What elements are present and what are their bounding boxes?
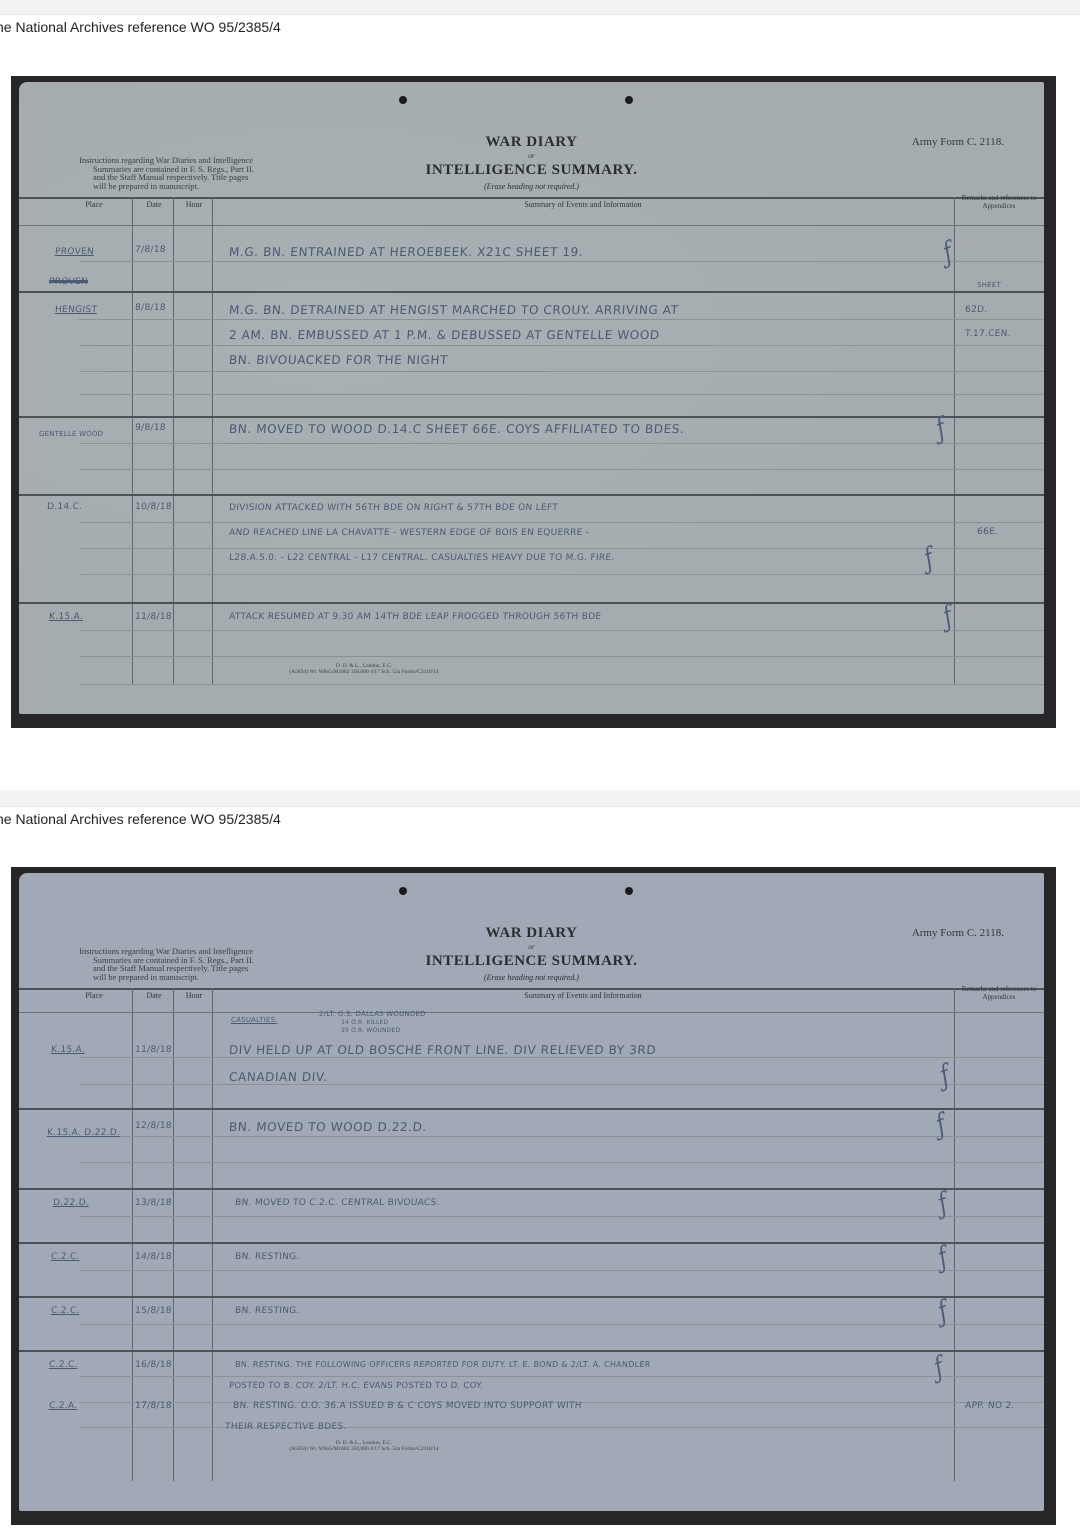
punch-hole xyxy=(399,887,407,895)
viewer-top-bar xyxy=(0,0,1080,15)
entry-text: Bn. Moved To Wood D.14.C Sheet 66E. Coys… xyxy=(229,422,685,436)
entry-place: C.2.a. xyxy=(49,1401,78,1411)
column-header-place: Place xyxy=(69,201,119,209)
entry-text: And Reached Line La Chavatte - Western E… xyxy=(229,528,590,538)
entry-date: 15/8/18 xyxy=(135,1306,172,1316)
column-header-hour: Hour xyxy=(177,992,211,1000)
form-subtitle: INTELLIGENCE SUMMARY. xyxy=(19,953,1044,970)
entry-text: Bn. Bivouacked For The Night xyxy=(229,353,449,367)
army-form-number: Army Form C. 2118. xyxy=(912,136,1004,148)
punch-hole xyxy=(625,887,633,895)
printer-imprint: D. D. & L., London, E.C. (A5834) Wt. W8o… xyxy=(244,1440,484,1452)
form-note: (Erase heading not required.) xyxy=(19,182,1044,191)
entry-text: L28.a.5.0. - L22 Central - L17 Central. … xyxy=(229,553,615,563)
entry-date: 7/8/18 xyxy=(135,245,166,255)
entry-text: M.G. Bn. Entrained At Heroebeek. X21c Sh… xyxy=(229,245,584,259)
form-subtitle: INTELLIGENCE SUMMARY. xyxy=(19,162,1044,179)
entry-remark: T.17.Cen. xyxy=(965,329,1012,339)
entry-date: 11/8/18 xyxy=(135,1045,172,1055)
casualties-label: Casualties. xyxy=(231,1016,278,1024)
entry-text: Their Respective Bdes. xyxy=(225,1422,347,1432)
officer-initials: ƒ xyxy=(936,1060,954,1093)
form-title: WAR DIARY xyxy=(19,134,1044,151)
entry-text: Bn. Resting. O.O. 36.A Issued B & C Coys… xyxy=(233,1401,582,1411)
casualty-line: 35 O.R. Wounded xyxy=(341,1027,401,1034)
officer-initials: ƒ xyxy=(930,1352,948,1385)
entry-place: K.15.a. D.22.d. xyxy=(46,1120,128,1146)
entry-date: 14/8/18 xyxy=(135,1252,172,1262)
form-note: (Erase heading not required.) xyxy=(19,973,1044,982)
war-diary-form: Instructions regarding War Diaries and I… xyxy=(19,873,1044,1511)
entry-remark: 66E. xyxy=(977,527,999,537)
officer-initials: ƒ xyxy=(932,1109,950,1142)
entry-date: 12/8/18 xyxy=(135,1121,172,1131)
diary-table: Place Date Hour Summary of Events and In… xyxy=(19,197,1044,714)
entry-text: M.G. Bn. Detrained At Hengist Marched To… xyxy=(229,303,680,317)
entry-place: C.2.c. xyxy=(49,1360,78,1370)
column-header-date: Date xyxy=(137,992,171,1000)
scanned-page-2: Instructions regarding War Diaries and I… xyxy=(11,867,1056,1525)
archive-reference: he National Archives reference WO 95/238… xyxy=(0,19,281,35)
entry-text: Bn. Moved To C.2.c. Central Bivouacs. xyxy=(235,1198,440,1208)
entry-date: 9/8/18 xyxy=(135,423,166,433)
entry-place: Hengist xyxy=(55,305,98,315)
entry-text: Posted To B. Coy. 2/Lt. H.C. Evans Poste… xyxy=(229,1381,484,1391)
entry-text: Division Attacked With 56th Bde On Right… xyxy=(229,503,559,513)
punch-hole xyxy=(625,96,633,104)
entry-text: Bn. Resting. The Following Officers Repo… xyxy=(235,1360,651,1369)
form-title: WAR DIARY xyxy=(19,925,1044,942)
column-header-date: Date xyxy=(137,201,171,209)
entry-date: 10/8/18 xyxy=(135,502,172,512)
viewer-page-separator xyxy=(0,790,1080,807)
entry-place: D.22.d. xyxy=(53,1198,90,1208)
entry-place: Gentelle Wood xyxy=(38,423,120,445)
entry-place: C.2.c. xyxy=(51,1306,80,1316)
entry-place: D.14.C. xyxy=(47,502,83,512)
entry-date: 11/8/18 xyxy=(135,612,172,622)
entry-date: 17/8/18 xyxy=(135,1401,172,1411)
entry-text: Bn. Moved To Wood D.22.d. xyxy=(229,1120,428,1134)
entry-remark: Sheet xyxy=(977,281,1001,289)
column-header-place: Place xyxy=(69,992,119,1000)
form-title-or: or xyxy=(19,943,1044,951)
entry-text: Bn. Resting. xyxy=(235,1306,300,1316)
casualty-line: 14 O.R. Killed xyxy=(341,1019,389,1026)
entry-remark: App. No 2. xyxy=(965,1401,1015,1411)
form-title-or: or xyxy=(19,152,1044,160)
diary-table: Place Date Hour Summary of Events and In… xyxy=(19,988,1044,1511)
column-header-summary: Summary of Events and Information xyxy=(212,992,954,1000)
column-header-hour: Hour xyxy=(177,201,211,209)
entry-text: Canadian Div. xyxy=(229,1070,329,1084)
punch-hole xyxy=(399,96,407,104)
entry-text: Attack Resumed At 9.30 AM 14th Bde Leap … xyxy=(229,612,602,622)
printer-imprint: D. D. & L., London, E.C. (A5834) Wt. W8o… xyxy=(244,663,484,675)
entry-place: Proven xyxy=(55,247,95,257)
scanned-page-1: Instructions regarding War Diaries and I… xyxy=(11,76,1056,728)
entry-date: 13/8/18 xyxy=(135,1198,172,1208)
column-header-remarks: Remarks and references to Appendices xyxy=(959,986,1039,1001)
entry-place: K.15.a. xyxy=(51,1045,86,1055)
column-header-remarks: Remarks and references to Appendices xyxy=(959,195,1039,210)
entry-text: Bn. Resting. xyxy=(235,1252,300,1262)
entry-place-struck: Proven xyxy=(49,277,89,287)
entry-date: 16/8/18 xyxy=(135,1360,172,1370)
entry-place: C.2.c. xyxy=(51,1252,80,1262)
army-form-number: Army Form C. 2118. xyxy=(912,927,1004,939)
entry-text: 2 AM. Bn. Embussed At 1 P.M. & Debussed … xyxy=(229,328,661,342)
casualty-line: 2/Lt. G.S. Dallas Wounded xyxy=(319,1010,426,1018)
entry-remark: 62D. xyxy=(965,305,988,315)
entry-text: Div Held Up At Old Bosche Front Line. Di… xyxy=(229,1043,657,1057)
column-header-summary: Summary of Events and Information xyxy=(212,201,954,209)
entry-date: 8/8/18 xyxy=(135,303,166,313)
entry-place: K.15.a. xyxy=(49,612,84,622)
war-diary-form: Instructions regarding War Diaries and I… xyxy=(19,82,1044,714)
archive-reference: he National Archives reference WO 95/238… xyxy=(0,811,281,827)
